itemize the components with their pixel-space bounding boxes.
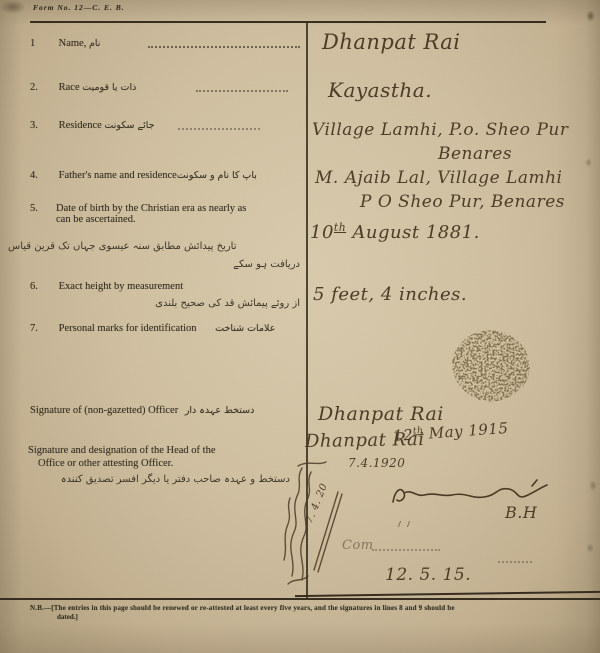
field-row-marks: 7. Personal marks for identification علا… — [30, 323, 275, 334]
officer-signature-value: Dhanpat Rai — [318, 403, 444, 425]
field-row-father: 4. Father's name and residence باپ کا نا… — [30, 170, 271, 181]
bottom-rule-segment — [295, 591, 600, 597]
head-signature-label-urdu: دستخط و عہدہ صاحب دفتر یا دیگر افسر تصدی… — [40, 474, 290, 485]
dotted-leader — [196, 90, 288, 92]
field-label: Residence — [59, 120, 102, 131]
field-number: 7. — [30, 323, 56, 334]
dotted-leader — [148, 46, 300, 48]
ditto-mark — [398, 521, 410, 527]
field-label-urdu: ذات یا قومیت — [82, 82, 136, 93]
head-signature-label-line1: Signature and designation of the Head of… — [28, 445, 216, 456]
head-officer-initials: B.H — [505, 503, 537, 522]
field-label: Race — [59, 82, 80, 93]
value-height: 5 feet, 4 inches. — [313, 284, 467, 305]
field-label: Father's name and residence — [59, 170, 177, 181]
scanned-form-page: Form No. 12—C. E. B. 1 Name, نام 2. Race… — [0, 0, 600, 653]
dob-day: 10 — [310, 222, 334, 243]
attestation-date-suffix: th — [413, 426, 424, 437]
officer-signature-label-text: Signature of (non-gazetted) Officer — [30, 405, 178, 416]
value-father-line1: M. Ajaib Lal, Village Lamhi — [315, 168, 563, 188]
officer-signature-label-urdu: دستخط عہدہ دار — [185, 405, 255, 416]
dob-rest: August 1881. — [346, 222, 480, 243]
field-row-residence: 3. Residence جائے سکونت — [30, 120, 155, 131]
value-name: Dhanpat Rai — [322, 30, 461, 54]
value-residence-line2: Benares — [438, 144, 512, 164]
field-label-urdu: از روئے پیمائش قد کی صحیح بلندی — [60, 298, 300, 309]
attestation-date-day: 12 — [393, 426, 414, 445]
faint-word: Com — [342, 538, 374, 553]
field-label: Name, — [59, 38, 87, 49]
field-urdu-line1: تاریخ پیدائش مطابق سنہ عیسوی جہاں تک قری… — [8, 241, 300, 252]
officer-signature-label: Signature of (non-gazetted) Officer دستخ… — [30, 405, 254, 416]
value-father-line2: P O Sheo Pur, Benares — [360, 192, 565, 212]
value-race: Kayastha. — [328, 78, 432, 102]
field-number: 1 — [30, 38, 56, 49]
dob-suffix: th — [334, 221, 346, 234]
field-row-height: 6. Exact height by measurement — [30, 281, 183, 292]
field-row-name: 1 Name, نام — [30, 38, 100, 49]
diagonal-urdu-scribble — [278, 458, 360, 590]
margin-smudge — [586, 10, 595, 22]
field-label: Personal marks for identification — [59, 323, 197, 334]
field-label-urdu: جائے سکونت — [104, 120, 154, 131]
field-label-line2: can be ascertained. — [56, 214, 302, 225]
field-label-line1: Date of birth by the Christian era as ne… — [56, 203, 302, 214]
field-label: Exact height by measurement — [59, 281, 184, 292]
value-dob: 10th August 1881. — [310, 221, 480, 243]
bottom-date: 12. 5. 15. — [385, 565, 471, 585]
field-number: 4. — [30, 170, 56, 181]
field-label-urdu: نام — [89, 38, 100, 49]
head-signature-label-line2: Office or other attesting Officer. — [38, 458, 173, 469]
field-row-dob: 5. Date of birth by the Christian era as… — [30, 203, 302, 225]
field-number: 3. — [30, 120, 56, 131]
field-number: 6. — [30, 281, 56, 292]
margin-smudge — [585, 158, 592, 167]
field-label-urdu: علامات شناخت — [215, 323, 275, 334]
top-rule — [30, 21, 546, 23]
dotted-leader — [178, 128, 260, 130]
bottom-rule — [0, 598, 600, 600]
margin-smudge — [586, 543, 594, 553]
footer-note-line1: N.B.—[The entries in this page should be… — [30, 604, 550, 612]
faint-dots — [372, 549, 440, 551]
faint-dots — [498, 561, 532, 563]
field-number: 5. — [30, 203, 56, 214]
form-number: Form No. 12—C. E. B. — [33, 3, 125, 12]
field-number: 2. — [30, 82, 56, 93]
field-urdu-line2: دریافت ہو سکے — [8, 259, 300, 270]
corner-smudge — [0, 0, 26, 14]
margin-smudge — [589, 480, 597, 491]
field-row-race: 2. Race ذات یا قومیت — [30, 82, 136, 93]
field-label-urdu: باپ کا نام و سکونت — [177, 170, 257, 181]
value-residence-line1: Village Lamhi, P.o. Sheo Pur — [312, 120, 568, 140]
thumbprint-stamp — [445, 328, 537, 408]
footer-note-line2: dated.] — [57, 613, 78, 621]
